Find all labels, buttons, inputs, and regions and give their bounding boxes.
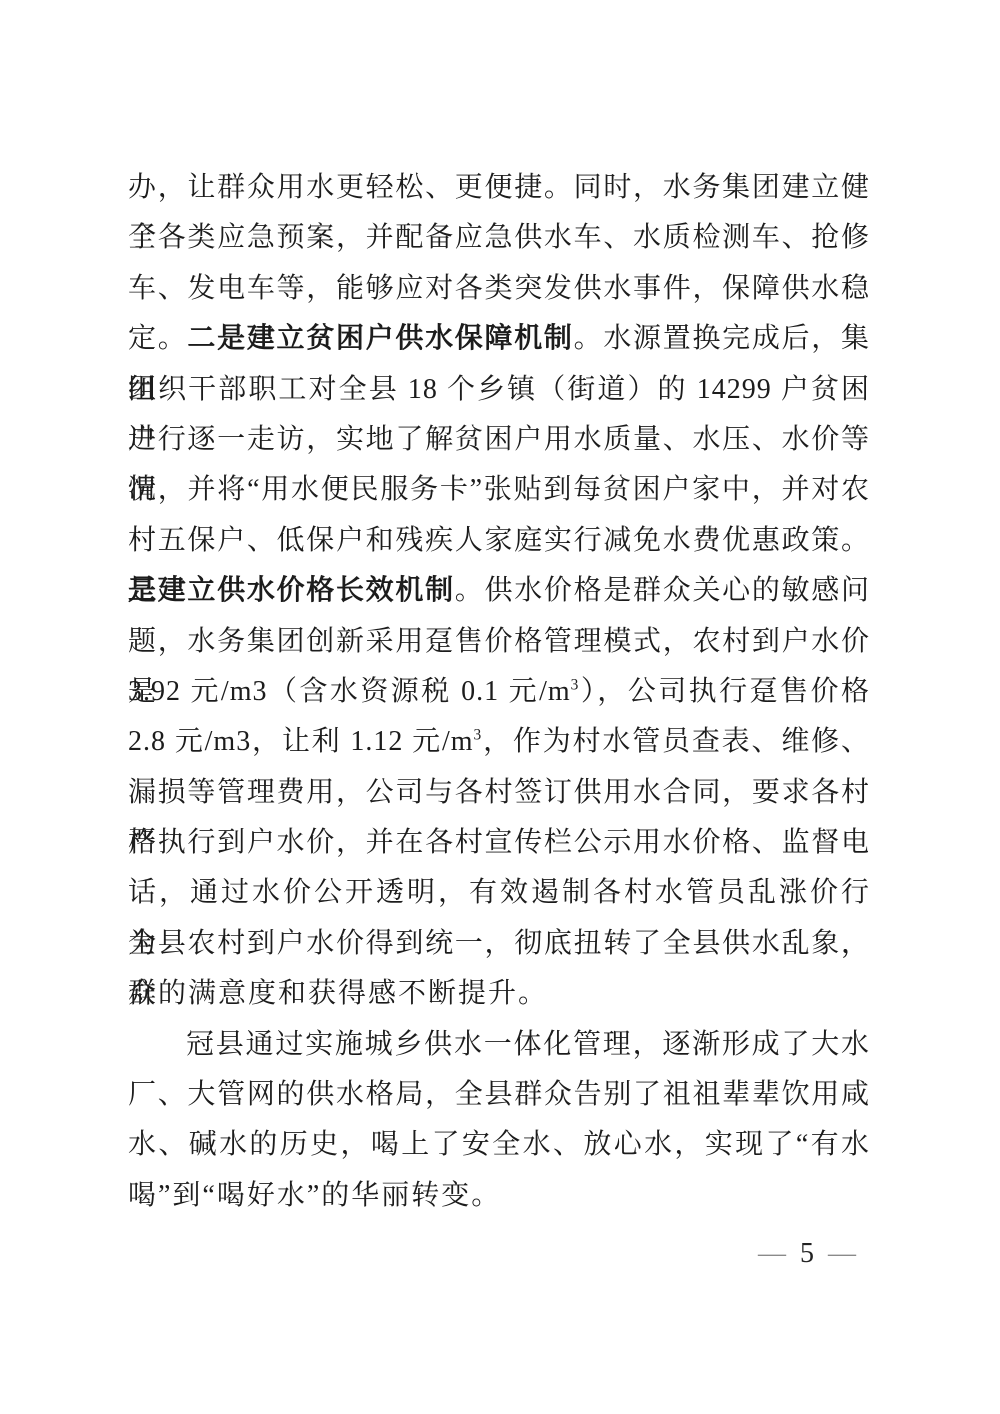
body-text: 厂、大管网的供水格局，全县群众告别了祖祖辈辈饮用咸 [128,1079,870,1110]
body-text: 况，并将“用水便民服务卡”张贴到每贫困户家中，并对农 [128,474,870,505]
body-text: 水、碱水的历史，喝上了安全水、放心水，实现了“有水 [128,1129,870,1160]
body-text: 冠县通过实施城乡供水一体化管理，逐渐形成了大水 [186,1029,870,1060]
text-line: 喝”到“喝好水”的华丽转变。 [128,1171,870,1221]
text-line: 组织干部职工对全县 18 个乡镇（街道）的 14299 户贫困户 [128,365,870,415]
page-number-right-dash: — [828,1238,856,1269]
page-number-left-dash: — [758,1238,786,1269]
page-footer: —5— [128,1238,876,1270]
text-line: 水、碱水的历史，喝上了安全水、放心水，实现了“有水 [128,1120,870,1170]
text-line: 是建立供水价格长效机制。供水价格是群众关心的敏感问 [128,566,870,616]
text-line: 况，并将“用水便民服务卡”张贴到每贫困户家中，并对农 [128,465,870,515]
page-number-value: 5 [800,1238,814,1269]
body-text: 喝”到“喝好水”的华丽转变。 [128,1180,501,1211]
text-line: 定。二是建立贫困户供水保障机制。水源置换完成后，集团 [128,314,870,364]
body-text: 格执行到户水价，并在各村宣传栏公示用水价格、监督电 [128,827,870,858]
text-line: 办，让群众用水更轻松、更便捷。同时，水务集团建立健全 [128,163,870,213]
text-line: 格执行到户水价，并在各村宣传栏公示用水价格、监督电 [128,818,870,868]
text-line: 众的满意度和获得感不断提升。 [128,969,870,1019]
body-text: 3.92 元/m3（含水资源税 0.1 元/m [128,676,571,707]
bold-text: 二是建立贫困户供水保障机制 [187,323,573,354]
text-line: 车、发电车等，能够应对各类突发供水事件，保障供水稳 [128,264,870,314]
text-line: 全县农村到户水价得到统一，彻底扭转了全县供水乱象，群 [128,919,870,969]
text-line: 话，通过水价公开透明，有效遏制各村水管员乱涨价行为， [128,868,870,918]
body-text: 。供水价格是群众关心的敏感问 [455,575,870,606]
body-text: 2.8 元/m3，让利 1.12 元/m [128,726,474,757]
body-text: 众的满意度和获得感不断提升。 [128,978,548,1009]
text-line: 了各类应急预案，并配备应急供水车、水质检测车、抢修 [128,213,870,263]
body-text: 了各类应急预案，并配备应急供水车、水质检测车、抢修 [128,222,870,253]
body-text: 车、发电车等，能够应对各类突发供水事件，保障供水稳 [128,273,870,304]
body-text: ），公司执行趸售价格 [579,676,870,707]
body-text: ，作为村水管员查表、维修、 [482,726,870,757]
body-text: 村五保户、低保户和残疾人家庭实行减免水费优惠政策。 [128,525,870,556]
text-line: 2.8 元/m3，让利 1.12 元/m3，作为村水管员查表、维修、 [128,717,870,767]
document-page: 办，让群众用水更轻松、更便捷。同时，水务集团建立健全了各类应急预案，并配备应急供… [0,0,1000,1414]
document-body: 办，让群众用水更轻松、更便捷。同时，水务集团建立健全了各类应急预案，并配备应急供… [128,163,870,1221]
text-line: 村五保户、低保户和残疾人家庭实行减免水费优惠政策。三 [128,516,870,566]
text-line: 冠县通过实施城乡供水一体化管理，逐渐形成了大水 [128,1020,870,1070]
text-line: 3.92 元/m3（含水资源税 0.1 元/m3），公司执行趸售价格 [128,667,870,717]
body-text: 定。 [128,323,187,354]
text-line: 题，水务集团创新采用趸售价格管理模式，农村到户水价是 [128,617,870,667]
superscript-text: 3 [474,727,483,744]
text-line: 漏损等管理费用，公司与各村签订供用水合同，要求各村严 [128,768,870,818]
bold-text: 是建立供水价格长效机制 [128,575,455,606]
text-line: 进行逐一走访，实地了解贫困户用水质量、水压、水价等情 [128,415,870,465]
text-line: 厂、大管网的供水格局，全县群众告别了祖祖辈辈饮用咸 [128,1070,870,1120]
